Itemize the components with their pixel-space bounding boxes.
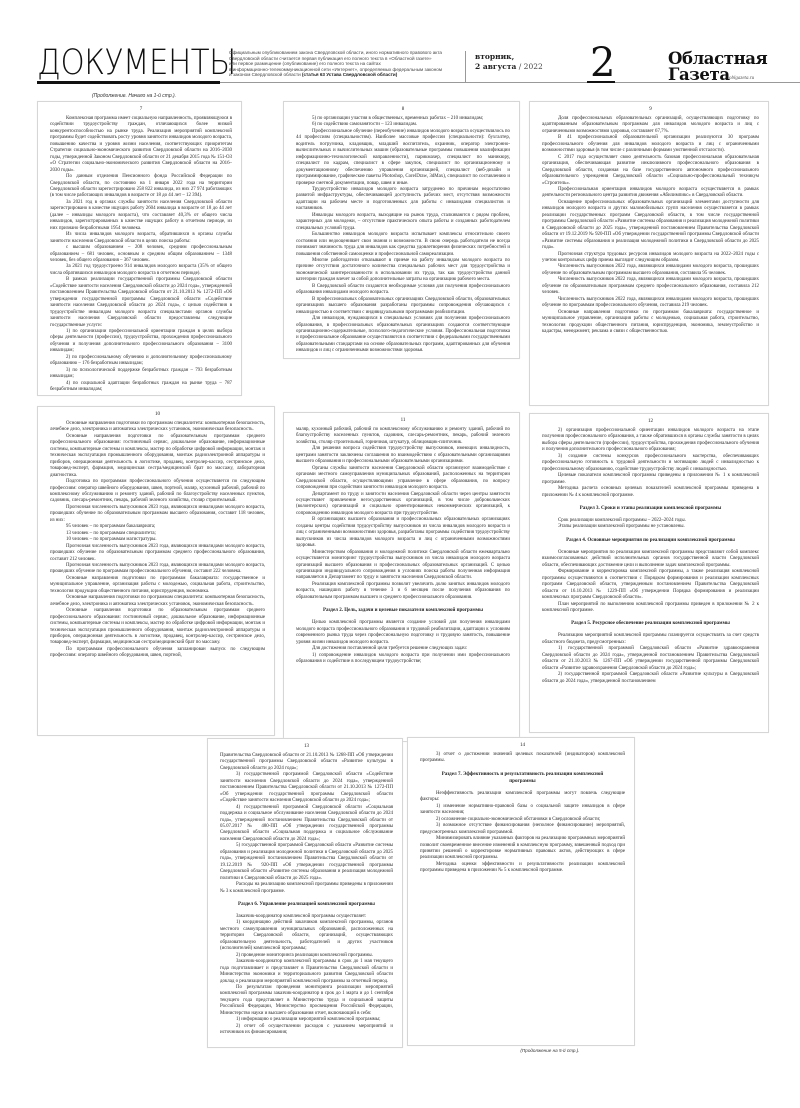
site-url[interactable]: oblgazeta.ru <box>729 76 754 81</box>
paragraph: Численность выпускников 2022 года, являю… <box>542 297 759 310</box>
continued-from-note: (Продолжение. Начало на 1-й стр.). <box>0 93 268 99</box>
list-item: 3) отчет о достижении значений целевых п… <box>420 752 625 765</box>
paragraph: Основные мероприятия по реализации компл… <box>542 550 759 569</box>
section-heading: Раздел 5. Ресурсное обеспечение реализац… <box>550 620 751 627</box>
paragraph: Основные направления подготовки по образ… <box>50 434 265 479</box>
paragraph: С 2017 года осуществляет свою деятельнос… <box>542 155 759 187</box>
document-page-9: 9 Доля профессиональных образовательных … <box>529 101 769 406</box>
paragraph: Формирование и корректировка комплексной… <box>542 569 759 601</box>
continued-to-note: (Продолжение на 5-й стр.). <box>470 1048 630 1053</box>
list-item: 4) по социальной адаптации безработных г… <box>50 381 232 394</box>
paragraph: Департамент по труду и занятости населен… <box>296 492 510 518</box>
document-page-7: 7 Комплексная программа имеет социальную… <box>37 101 242 396</box>
page-number-underline <box>587 81 615 83</box>
page-number: 2 <box>590 44 615 82</box>
paragraph: Профессиональное обучение (переобучение)… <box>296 129 510 187</box>
paragraph: В Свердловской области создаются необход… <box>296 284 510 297</box>
paragraph: В профессиональных образовательных орган… <box>296 297 510 316</box>
paragraph: Из числа инвалидов молодого возраста, об… <box>50 232 232 245</box>
paragraph: Численность выпускников 2022 года, являю… <box>542 277 759 296</box>
page-number-label: 10 <box>50 411 265 419</box>
paragraph: Профессиональная ориентация инвалидов мо… <box>542 187 759 200</box>
paragraph: По программам профессионального обучения… <box>50 647 265 660</box>
page-number-label: 9 <box>542 106 759 114</box>
paragraph: Неэффективность реализации комплексной п… <box>420 791 625 804</box>
paragraph: Основные направления подготовки по образ… <box>50 608 265 647</box>
list-item: 1) изменение нормативно-правовой базы о … <box>420 804 625 817</box>
paragraph: Целевые показатели комплексной программы… <box>542 473 759 486</box>
paragraph: Реализацию мероприятий комплексной прогр… <box>542 633 759 646</box>
issue-weekday: вторник, <box>475 52 543 62</box>
masthead: ДОКУМЕНТЫ Официальным опубликованием зак… <box>0 0 800 95</box>
paragraph: Доля профессиональных образовательных ор… <box>542 116 759 135</box>
paragraph: Прогнозная численность выпускников 2023 … <box>50 505 265 524</box>
document-page-11: 11 маляр, кухонный рабочий, рабочий по к… <box>283 412 520 742</box>
paragraph: Органы службы занятости населения Свердл… <box>296 466 510 492</box>
paragraph: В организациях высшего образования и про… <box>296 517 510 549</box>
paragraph: Заказчик-координатор комплексной програм… <box>220 959 393 985</box>
section-title-underline <box>37 81 220 84</box>
paragraph: В рамках реализации государственной прог… <box>50 277 232 329</box>
document-page-13: 13 Правительства Свердловской области от… <box>207 738 403 1048</box>
section-title: ДОКУМЕНТЫ <box>37 46 236 81</box>
paragraph: По данным отделения Пенсионного фонда Ро… <box>50 174 232 200</box>
list-item: 2) отчет об осуществлении расходов с ука… <box>220 1024 393 1037</box>
header-divider <box>465 51 466 82</box>
paragraph: За 2021 год в органах службы занятости н… <box>50 200 232 232</box>
paragraph: Основные направления подготовки по прогр… <box>542 310 759 336</box>
official-publication-note: Официальным опубликованием закона Свердл… <box>229 50 459 78</box>
list-item: 3) по психологической поддержке безработ… <box>50 368 232 381</box>
paragraph: Основные направления подготовки по прогр… <box>50 576 265 595</box>
paragraph: Основные направления подготовки по прогр… <box>50 421 265 434</box>
page-number-label: 12 <box>542 418 759 426</box>
page-number-label: 13 <box>220 743 393 751</box>
paragraph: Прогнозная структура трудовых ресурсов и… <box>542 252 759 265</box>
section-heading: Раздел 2. Цель, задачи и целевые показат… <box>304 607 502 614</box>
issue-year: / 2022 <box>516 62 542 71</box>
list-item: 3) государственной программой Свердловск… <box>220 772 393 804</box>
section-heading: Раздел 7. Эффективность и результативнос… <box>428 771 617 785</box>
paragraph: Большинство инвалидов молодого возраста … <box>296 232 510 258</box>
paragraph: Минимизировать влияние указанных факторо… <box>420 836 625 862</box>
section-heading: Раздел 4. Основные мероприятия по реализ… <box>550 537 751 544</box>
paragraph: Оснащение профессиональных образовательн… <box>542 200 759 252</box>
list-item: 3) возможное отсутствие финансирования (… <box>420 823 625 836</box>
paragraph: Этапы реализации комплексной программы н… <box>542 524 759 530</box>
paragraph: Численность выпускников 2022 года, являю… <box>542 264 759 277</box>
paragraph: Методика расчета основных целевых показа… <box>542 486 759 499</box>
list-item: 2) по профессиональному обучению и допол… <box>50 355 232 368</box>
issue-date: вторник, 2 августа / 2022 <box>475 52 543 72</box>
paragraph: Для инвалидов, нуждающихся в специальных… <box>296 316 510 355</box>
paragraph: Основные направления подготовки по прогр… <box>50 595 265 608</box>
paragraph: с высшим образованием – 208 человек, сре… <box>50 245 232 264</box>
paragraph: Министерством образования и молодежной п… <box>296 550 510 582</box>
list-item: 3) создание системы конкурсов профессион… <box>542 454 759 473</box>
section-heading: Раздел 3. Сроки и этапы реализации компл… <box>550 505 751 512</box>
document-page-14: 14 3) отчет о достижении значений целевы… <box>407 737 635 1046</box>
paragraph: маляр, кухонный рабочий, рабочий по комп… <box>296 427 510 446</box>
note-line: и законом Свердловской области (статья 6… <box>229 72 459 78</box>
paragraph: Целью комплексной программы является соз… <box>296 620 510 646</box>
paragraph: Правительства Свердловской области от 21… <box>220 753 393 772</box>
list-item: 1) сопровождение инвалидов молодого возр… <box>296 653 510 666</box>
page-number-label: 14 <box>420 742 625 750</box>
page-number-label: 7 <box>50 106 232 114</box>
list-item: 1) по организации профессиональной ориен… <box>50 329 232 355</box>
paragraph: По результатам проведения мониторинга ре… <box>220 985 393 1017</box>
note-line: Официальным опубликованием закона Свердл… <box>229 50 459 56</box>
list-item: 2) государственной программой Свердловск… <box>542 672 759 685</box>
list-item: 1) информацию о реализации мероприятий к… <box>220 1017 393 1023</box>
paragraph: За 2021 год трудоустроено 914 инвалидов … <box>50 264 232 277</box>
page-number-label: 11 <box>296 417 510 425</box>
note-line-bold: (статья 63 Устава Свердловской области) <box>302 72 397 77</box>
list-item: 2) организация профессиональной ориентац… <box>542 428 759 454</box>
paragraph: Для решения вопроса содействия трудоустр… <box>296 446 510 465</box>
document-page-8: 8 5) по организации участия в общественн… <box>283 101 520 359</box>
section-heading: Раздел 6. Управление реализацией комплек… <box>228 901 385 908</box>
paragraph: В 41 профессиональной образовательной ор… <box>542 135 759 154</box>
paragraph: Многие работодатели отказывают в приеме … <box>296 258 510 284</box>
paragraph: Расходы на реализацию комплексной програ… <box>220 882 393 895</box>
issue-day-month: 2 августа <box>475 62 516 71</box>
document-page-12: 12 2) организация профессиональной ориен… <box>529 413 769 733</box>
paragraph: Подготовка по программам профессионально… <box>50 479 265 505</box>
paragraph: Методика оценки эффективности и результа… <box>420 862 625 875</box>
document-page-10: 10 Основные направления подготовки по пр… <box>37 406 275 736</box>
paragraph: Комплексная программа имеет социальную н… <box>50 116 232 174</box>
paragraph: Прогнозная численность выпускников 2023 … <box>50 544 265 563</box>
paragraph: План мероприятий по выполнению комплексн… <box>542 602 759 615</box>
paragraph: Трудоустройство инвалидов молодого возра… <box>296 187 510 213</box>
list-item: 1) государственной программой Свердловск… <box>542 646 759 672</box>
paragraph: Реализация комплексной программы позволи… <box>296 582 510 601</box>
list-item: 1) координацию действий заказчиков компл… <box>220 920 393 952</box>
paragraph: Инвалиды молодого возраста, выходящие на… <box>296 213 510 232</box>
list-item: 5) государственной программой Свердловск… <box>220 843 393 882</box>
list-item: 4) государственной программой Свердловск… <box>220 805 393 844</box>
page-number-label: 8 <box>296 106 510 114</box>
note-line-plain: и законом Свердловской области <box>229 72 302 77</box>
paragraph: Прогнозная численность выпускников 2023 … <box>50 563 265 576</box>
